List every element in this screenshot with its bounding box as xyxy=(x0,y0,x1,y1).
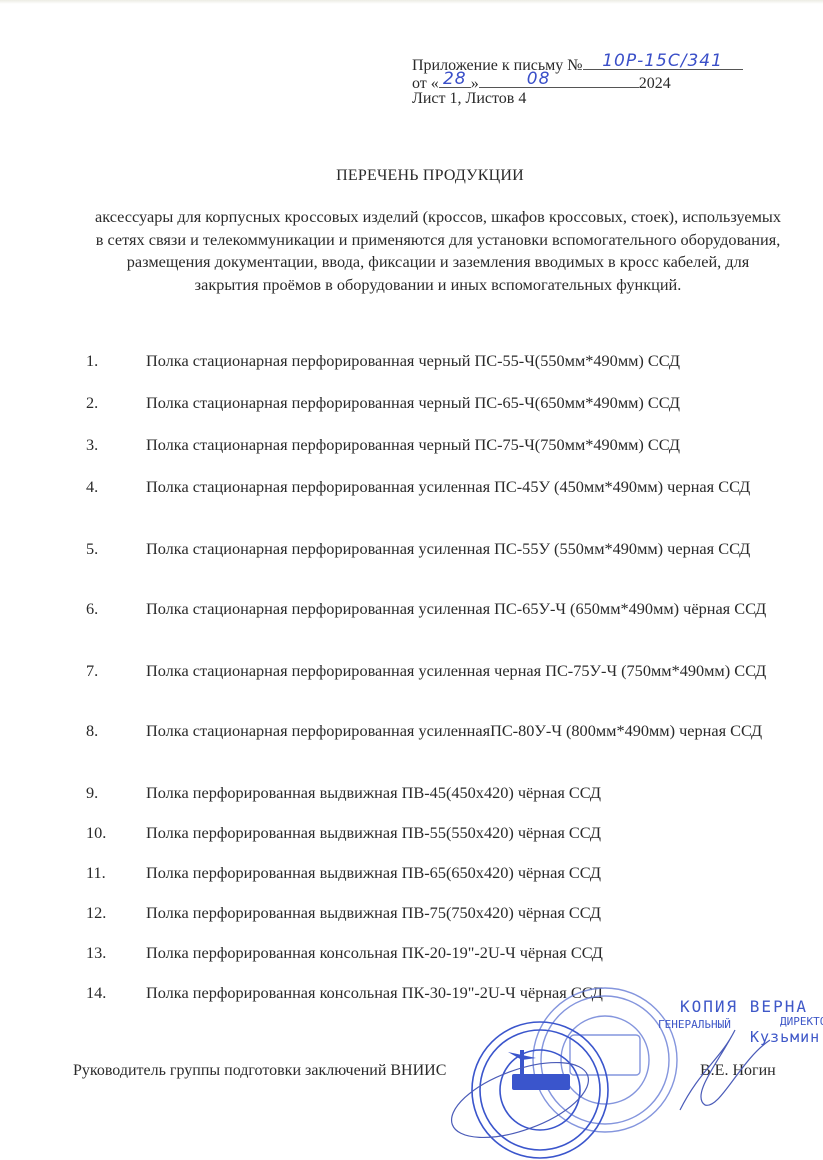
item-number: 1. xyxy=(86,350,146,372)
product-list-item: 10.Полка перфорированная выдвижная ПВ-55… xyxy=(86,822,776,844)
item-text: Полка перфорированная консольная ПК-30-1… xyxy=(146,983,603,1002)
product-list-item: 6.Полка стационарная перфорированная уси… xyxy=(86,598,776,620)
item-text: Полка перфорированная выдвижная ПВ-55(55… xyxy=(146,823,601,842)
item-number: 3. xyxy=(86,434,146,456)
item-text: Полка стационарная перфорированная усиле… xyxy=(146,599,766,618)
product-list-item: 7.Полка стационарная перфорированная уси… xyxy=(86,660,776,682)
item-number: 6. xyxy=(86,598,146,620)
product-list-item: 3.Полка стационарная перфорированная чер… xyxy=(86,434,776,456)
date-month-handwritten: 08 xyxy=(479,70,639,88)
item-number: 8. xyxy=(86,720,146,742)
item-number: 7. xyxy=(86,660,146,682)
product-list-item: 4.Полка стационарная перфорированная уси… xyxy=(86,476,776,498)
item-number: 5. xyxy=(86,538,146,560)
product-list-item: 12.Полка перфорированная выдвижная ПВ-75… xyxy=(86,902,776,924)
item-text: Полка перфорированная выдвижная ПВ-75(75… xyxy=(146,903,601,922)
item-text: Полка перфорированная выдвижная ПВ-65(65… xyxy=(146,863,601,882)
scan-edge-shading xyxy=(0,0,823,4)
signatory-name: В.Е. Ногин xyxy=(700,1062,776,1080)
item-text: Полка стационарная перфорированная усиле… xyxy=(146,721,762,740)
product-list-item: 2.Полка стационарная перфорированная чер… xyxy=(86,392,776,414)
item-number: 11. xyxy=(86,862,146,884)
item-text: Полка стационарная перфорированная усиле… xyxy=(146,477,750,496)
item-number: 9. xyxy=(86,782,146,804)
item-text: Полка стационарная перфорированная черны… xyxy=(146,351,680,370)
product-list-item: 9.Полка перфорированная выдвижная ПВ-45(… xyxy=(86,782,776,804)
item-number: 12. xyxy=(86,902,146,924)
date-day-handwritten: 28 xyxy=(439,70,471,88)
date-month-blank: 08 xyxy=(479,72,639,88)
company-logo-icon xyxy=(508,1050,570,1090)
stamp-general-text: ГЕНЕРАЛЬНЫЙ xyxy=(658,1018,731,1032)
copy-certified-text: КОПИЯ ВЕРНА xyxy=(680,1000,808,1014)
product-list-item: 5.Полка стационарная перфорированная уси… xyxy=(86,538,776,560)
company-round-seal-icon xyxy=(472,1022,608,1158)
item-number: 14. xyxy=(86,982,146,1004)
stamp-director-name: Кузьмин К.В. xyxy=(750,1030,823,1044)
item-number: 2. xyxy=(86,392,146,414)
item-text: Полка перфорированная выдвижная ПВ-45(45… xyxy=(146,783,601,802)
date-line: от «28»082024 xyxy=(412,72,743,90)
stamp-director-text: ДИРЕКТОР xyxy=(780,1015,823,1029)
item-text: Полка перфорированная консольная ПК-20-1… xyxy=(146,943,603,962)
letter-reference-block: Приложение к письму №10Р-15С/341 от «28»… xyxy=(412,54,743,108)
product-list-item: 11.Полка перфорированная выдвижная ПВ-65… xyxy=(86,862,776,884)
item-number: 4. xyxy=(86,476,146,498)
institute-round-seal-icon xyxy=(533,988,677,1132)
date-day-blank: 28 xyxy=(439,72,471,88)
item-text: Полка стационарная перфорированная черны… xyxy=(146,435,680,454)
document-description: аксессуары для корпусных кроссовых издел… xyxy=(95,206,781,296)
product-list-item: 8.Полка стационарная перфорированная уси… xyxy=(86,720,776,742)
handwritten-signature-icon xyxy=(442,1030,770,1153)
item-text: Полка стационарная перфорированная усиле… xyxy=(146,661,766,680)
item-text: Полка стационарная перфорированная усиле… xyxy=(146,539,750,558)
product-list-item: 14.Полка перфорированная консольная ПК-3… xyxy=(86,982,776,1004)
letter-number-blank: 10Р-15С/341 xyxy=(583,54,743,70)
document-title: ПЕРЕЧЕНЬ ПРОДУКЦИИ xyxy=(0,167,823,185)
signatory-position: Руководитель группы подготовки заключени… xyxy=(73,1062,446,1080)
product-list-item: 13.Полка перфорированная консольная ПК-2… xyxy=(86,942,776,964)
product-list-item: 1.Полка стационарная перфорированная чер… xyxy=(86,350,776,372)
item-text: Полка стационарная перфорированная черны… xyxy=(146,393,680,412)
item-number: 10. xyxy=(86,822,146,844)
item-number: 13. xyxy=(86,942,146,964)
sheet-info: Лист 1, Листов 4 xyxy=(412,90,743,108)
letter-number-handwritten: 10Р-15С/341 xyxy=(583,52,743,70)
